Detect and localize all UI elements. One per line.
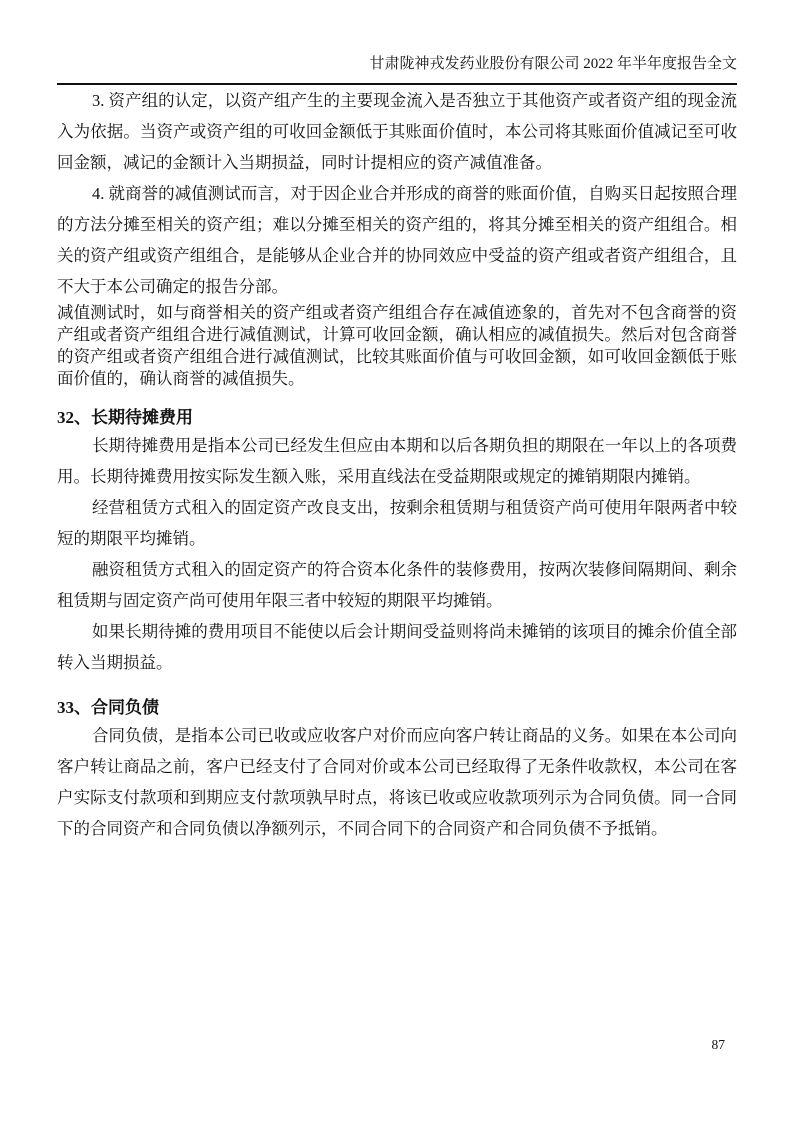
section-heading-32-long-term-deferred-expenses: 32、长期待摊费用 [57, 406, 737, 430]
header-title: 甘肃陇神戎发药业股份有限公司 2022 年半年度报告全文 [369, 56, 737, 72]
paragraph-goodwill-impairment: 4. 就商誉的减值测试而言，对于因企业合并形成的商誉的账面价值，自购买日起按照合… [57, 178, 737, 302]
paragraph-asset-group-recognition: 3. 资产组的认定，以资产组产生的主要现金流入是否独立于其他资产或者资产组的现金… [57, 85, 737, 178]
paragraph-impairment-testing-procedure: 减值测试时，如与商誉相关的资产组或者资产组组合存在减值迹象的，首先对不包含商誉的… [57, 302, 737, 390]
page-content: 3. 资产组的认定，以资产组产生的主要现金流入是否独立于其他资产或者资产组的现金… [57, 85, 737, 844]
report-page: 甘肃陇神戎发药业股份有限公司 2022 年半年度报告全文 3. 资产组的认定，以… [0, 0, 793, 1122]
page-footer: 87 [712, 1036, 726, 1054]
paragraph-lt-deferred-finance-lease: 融资租赁方式租入的固定资产的符合资本化条件的装修费用，按两次装修间隔期间、剩余租… [57, 554, 737, 616]
paragraph-lt-deferred-writeoff: 如果长期待摊的费用项目不能使以后会计期间受益则将尚未摊销的该项目的摊余价值全部转… [57, 616, 737, 678]
page-header: 甘肃陇神戎发药业股份有限公司 2022 年半年度报告全文 [57, 0, 737, 85]
paragraph-lt-deferred-operating-lease: 经营租赁方式租入的固定资产改良支出，按剩余租赁期与租赁资产尚可使用年限两者中较短… [57, 492, 737, 554]
page-number: 87 [712, 1037, 726, 1052]
paragraph-contract-liabilities-definition: 合同负债，是指本公司已收或应收客户对价而应向客户转让商品的义务。如果在本公司向客… [57, 720, 737, 844]
paragraph-lt-deferred-definition: 长期待摊费用是指本公司已经发生但应由本期和以后各期负担的期限在一年以上的各项费用… [57, 430, 737, 492]
section-heading-33-contract-liabilities: 33、合同负债 [57, 696, 737, 720]
